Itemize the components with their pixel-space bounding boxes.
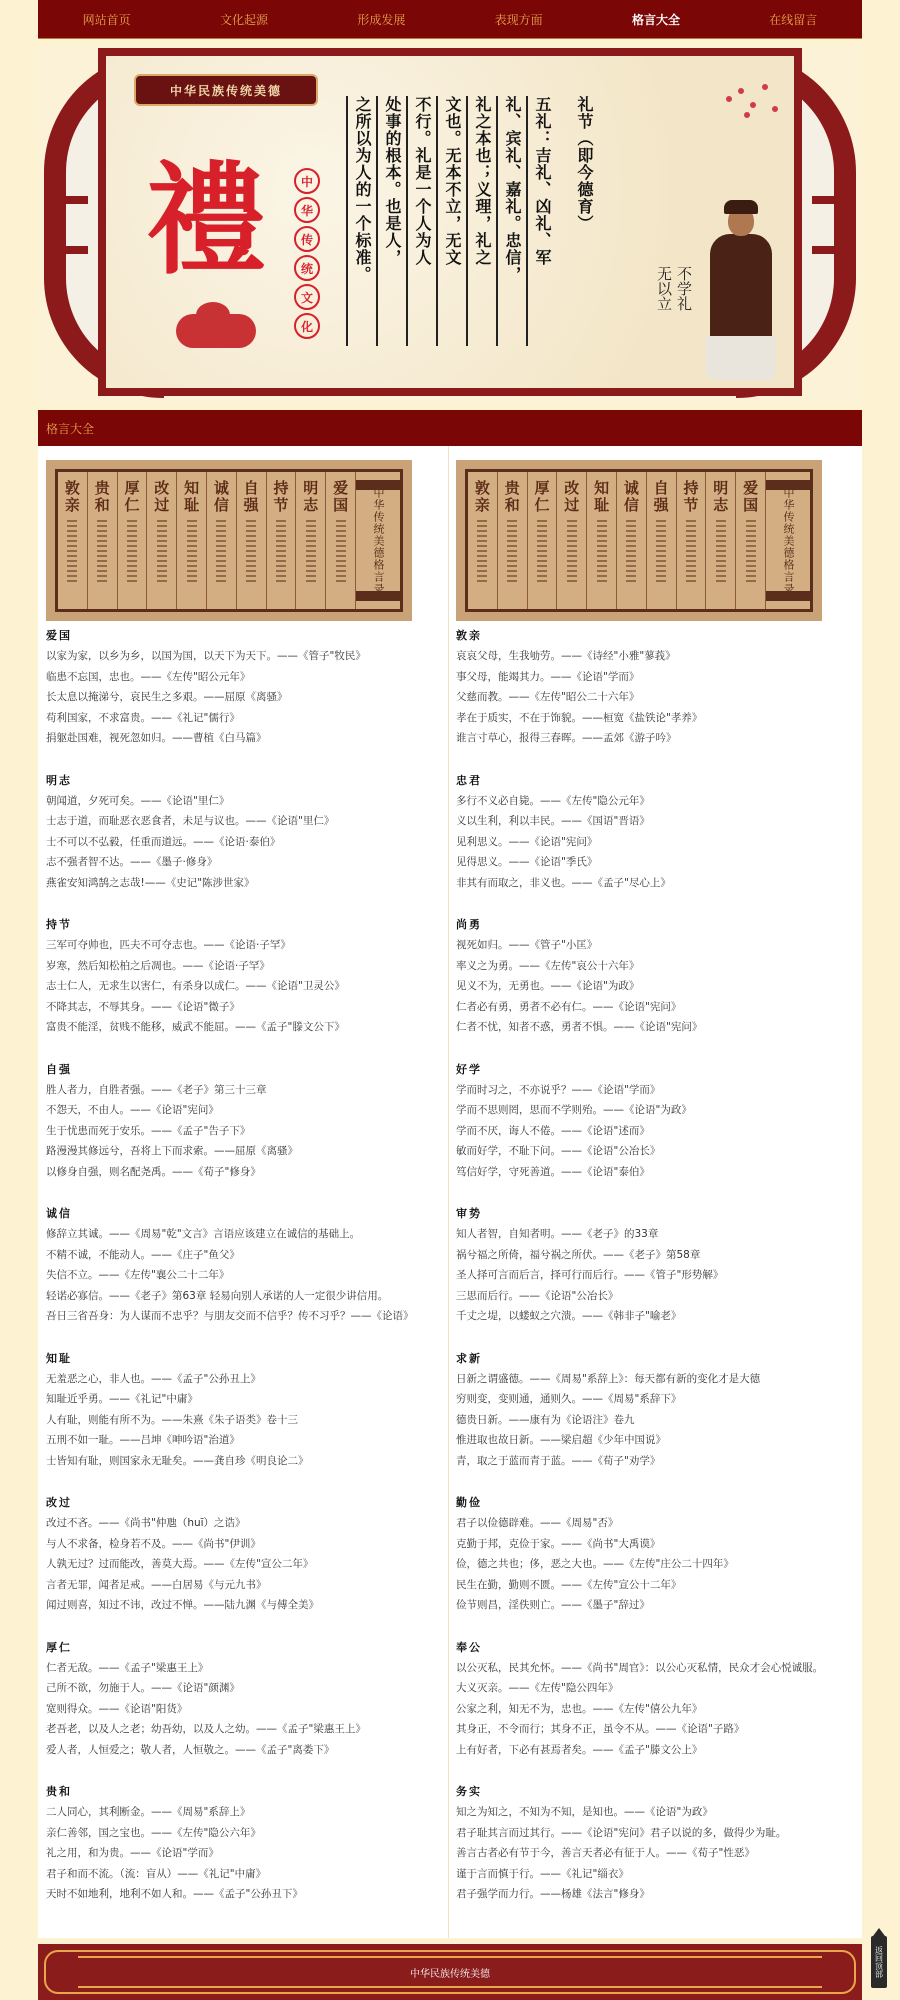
poster-scroll-title: 中华传统美德格言录 bbox=[370, 487, 386, 595]
maxim-quote: 天时不如地利，地利不如人和。——《孟子"公孙丑下》 bbox=[46, 1884, 303, 1905]
maxim-quote: 以公灭私，民其允怀。——《尚书"周官》：以公心灭私情，民众才会心悦诚服。 bbox=[456, 1658, 823, 1679]
vertical-line: 礼、宾礼、嘉礼。忠信， bbox=[496, 96, 526, 346]
maxim-quote: 孝在于质实，不在于饰貌。——桓宽《盐铁论"孝养》 bbox=[456, 708, 702, 729]
maxim-quote: 谁言寸草心，报得三春晖。——孟郊《游子吟》 bbox=[456, 728, 702, 749]
poster-cell-title: 持节 bbox=[680, 480, 701, 514]
maxim-quote: 德贵日新。——康有为《论语注》卷九 bbox=[456, 1410, 760, 1431]
maxim-quote: 克勤于邦，克俭于家。——《尚书"大禹谟》 bbox=[456, 1534, 734, 1555]
maxim-quote: 见义不为，无勇也。——《论语"为政》 bbox=[456, 976, 702, 997]
vertical-title: 礼节（即今德育） bbox=[570, 96, 598, 346]
poster-cell-title: 知耻 bbox=[181, 480, 202, 514]
vertical-line: 处事的根本。也是人， bbox=[376, 96, 406, 346]
seal-char: 文 bbox=[294, 284, 320, 310]
maxim-quote: 知之为知之，不知为不知，是知也。——《论语"为政》 bbox=[456, 1802, 786, 1823]
maxim-group-title: 尚勇 bbox=[456, 915, 702, 935]
maxim-quote: 生于忧患而死于安乐。——《孟子"告子下》 bbox=[46, 1121, 298, 1142]
fret-ornament bbox=[812, 196, 842, 204]
maxim-group: 敦亲哀哀父母，生我劬劳。——《诗经"小雅"蓼莪》事父母，能竭其力。——《论语"学… bbox=[456, 626, 702, 749]
maxim-quote: 三思而后行。——《论语"公冶长》 bbox=[456, 1286, 723, 1307]
maxim-quote: 率义之为勇。——《左传"哀公十六年》 bbox=[456, 956, 702, 977]
maxim-quote: 吾日三省吾身：为人谋而不忠乎？与朋友交而不信乎？传不习乎？——《论语》 bbox=[46, 1306, 414, 1327]
maxim-quote: 人有耻，则能有所不为。——朱熹《朱子语类》卷十三 bbox=[46, 1410, 309, 1431]
maxims-content: 敦亲 贵和 厚仁 改过 知耻 诚信 自强 持节 明志 爱国 中华传统美德格言录 … bbox=[38, 446, 862, 1938]
maxim-quote: 青，取之于蓝而青于蓝。——《荀子"劝学》 bbox=[456, 1451, 760, 1472]
maxim-quote: 民生在勤，勤则不匮。——《左传"宣公十二年》 bbox=[456, 1575, 734, 1596]
maxim-quote: 修辞立其诚。——《周易"乾"文言》言语应该建立在诚信的基础上。 bbox=[46, 1224, 414, 1245]
maxim-quote: 俭，德之共也；侈，恶之大也。——《左传"庄公二十四年》 bbox=[456, 1554, 734, 1575]
maxim-quote: 长太息以掩涕兮，哀民生之多艰。——屈原《离骚》 bbox=[46, 687, 366, 708]
poster-cell-title: 明志 bbox=[710, 480, 731, 514]
maxim-group-title: 敦亲 bbox=[456, 626, 702, 646]
maxim-quote: 士不可以不弘毅，任重而道远。——《论语·泰伯》 bbox=[46, 832, 334, 853]
hero-banner: 中华民族传统美德 禮 中 华 传 统 文 化 礼节（即今德育） 五礼：吉礼、凶礼… bbox=[38, 46, 862, 404]
maxim-quote: 知人者智，自知者明。——《老子》的33章 bbox=[456, 1224, 723, 1245]
maxim-quote: 以修身自强，则名配尧禹。——《荀子"修身》 bbox=[46, 1162, 298, 1183]
maxim-group: 忠君多行不义必自毙。——《左传"隐公元年》义以生利，利以丰民。——《国语"晋语》… bbox=[456, 771, 671, 894]
maxim-quote: 仁者无敌。——《孟子"梁惠王上》 bbox=[46, 1658, 366, 1679]
vertical-text-block: 礼节（即今德育） 五礼：吉礼、凶礼、军 礼、宾礼、嘉礼。忠信， 礼之本也；义理，… bbox=[346, 96, 598, 346]
maxim-quote: 路漫漫其修远兮，吾将上下而求索。——屈原《离骚》 bbox=[46, 1141, 298, 1162]
nav-item-message[interactable]: 在线留言 bbox=[725, 11, 862, 28]
maxim-quote: 不降其志，不辱其身。——《论语"微子》 bbox=[46, 997, 345, 1018]
maxim-quote: 宽则得众。——《论语"阳货》 bbox=[46, 1699, 366, 1720]
maxim-quote: 老吾老，以及人之老；幼吾幼，以及人之幼。——《孟子"梁惠王上》 bbox=[46, 1719, 366, 1740]
maxim-group-title: 改过 bbox=[46, 1493, 319, 1513]
maxim-group: 奉公以公灭私，民其允怀。——《尚书"周官》：以公心灭私情，民众才会心悦诚服。大义… bbox=[456, 1638, 823, 1761]
maxim-quote: 二人同心，其利断金。——《周易"系辞上》 bbox=[46, 1802, 303, 1823]
vertical-line: 之所以为人的一个标准。 bbox=[346, 96, 376, 346]
vertical-line: 五礼：吉礼、凶礼、军 bbox=[526, 96, 556, 346]
nav-item-manifestation[interactable]: 表现方面 bbox=[450, 11, 587, 28]
vertical-line: 文也。无本不立，无文 bbox=[436, 96, 466, 346]
maxim-group-title: 贵和 bbox=[46, 1782, 303, 1802]
poster-cell-title: 敦亲 bbox=[62, 480, 83, 514]
seal-char: 华 bbox=[294, 197, 320, 223]
maxim-quote: 视死如归。——《管子"小匡》 bbox=[456, 935, 702, 956]
maxim-quote: 轻诺必寡信。——《老子》第63章 轻易向别人承诺的人一定很少讲信用。 bbox=[46, 1286, 414, 1307]
maxim-quote: 善言古者必有节于今，善言天者必有征于人。——《荀子"性恶》 bbox=[456, 1843, 786, 1864]
section-header: 格言大全 bbox=[38, 410, 862, 446]
maxim-quote: 胜人者力，自胜者强。——《老子》第三十三章 bbox=[46, 1080, 298, 1101]
maxim-quote: 义以生利，利以丰民。——《国语"晋语》 bbox=[456, 811, 671, 832]
maxim-group-title: 明志 bbox=[46, 771, 334, 791]
maxim-quote: 学而时习之，不亦说乎？——《论语"学而》 bbox=[456, 1080, 692, 1101]
maxim-quote: 大义灭亲。——《左传"隐公四年》 bbox=[456, 1678, 823, 1699]
maxim-quote: 多行不义必自毙。——《左传"隐公元年》 bbox=[456, 791, 671, 812]
maxim-quote: 其身正，不令而行；其身不正，虽令不从。——《论语"子路》 bbox=[456, 1719, 823, 1740]
maxim-group-title: 自强 bbox=[46, 1060, 298, 1080]
fret-ornament bbox=[58, 196, 88, 204]
maxim-group: 务实知之为知之，不知为不知，是知也。——《论语"为政》君子耻其言而过其行。——《… bbox=[456, 1782, 786, 1905]
maxim-quote: 闻过则喜，知过不讳，改过不惮。——陆九渊《与傅全美》 bbox=[46, 1595, 319, 1616]
nav-item-origin[interactable]: 文化起源 bbox=[175, 11, 312, 28]
maxim-group: 勤俭君子以俭德辟难。——《周易"否》克勤于邦，克俭于家。——《尚书"大禹谟》俭，… bbox=[456, 1493, 734, 1616]
li-character: 禮 bbox=[136, 151, 276, 291]
maxim-group-title: 持节 bbox=[46, 915, 345, 935]
maxim-quote: 无羞恶之心，非人也。——《孟子"公孙丑上》 bbox=[46, 1369, 309, 1390]
maxim-quote: 志不强者智不达。——《墨子·修身》 bbox=[46, 852, 334, 873]
poster-cell-title: 持节 bbox=[270, 480, 291, 514]
maxim-quote: 朝闻道，夕死可矣。——《论语"里仁》 bbox=[46, 791, 334, 812]
seal-char: 中 bbox=[294, 168, 320, 194]
poster-cell-title: 改过 bbox=[151, 480, 172, 514]
maxim-quote: 哀哀父母，生我劬劳。——《诗经"小雅"蓼莪》 bbox=[456, 646, 702, 667]
seal-char: 统 bbox=[294, 255, 320, 281]
maxim-group: 好学学而时习之，不亦说乎？——《论语"学而》学而不思则罔，思而不学则殆。——《论… bbox=[456, 1060, 692, 1183]
maxim-quote: 笃信好学，守死善道。——《论语"泰伯》 bbox=[456, 1162, 692, 1183]
banner-plaque: 中华民族传统美德 bbox=[134, 74, 318, 106]
maxim-group-title: 务实 bbox=[456, 1782, 786, 1802]
maxim-quote: 士志于道，而耻恶衣恶食者，未足与议也。——《论语"里仁》 bbox=[46, 811, 334, 832]
maxim-quote: 君子耻其言而过其行。——《论语"宪问》君子以说的多，做得少为耻。 bbox=[456, 1823, 786, 1844]
maxim-quote: 学而不思则罔，思而不学则殆。——《论语"为政》 bbox=[456, 1100, 692, 1121]
maxim-quote: 君子强学而力行。——杨雄《法言"修身》 bbox=[456, 1884, 786, 1905]
maxim-quote: 惟进取也故日新。——梁启超《少年中国说》 bbox=[456, 1430, 760, 1451]
poster-cell-title: 自强 bbox=[241, 480, 262, 514]
maxim-quote: 士皆知有耻，则国家永无耻矣。——龚自珍《明良论二》 bbox=[46, 1451, 309, 1472]
poster-scroll-title: 中华传统美德格言录 bbox=[780, 487, 796, 595]
maxim-group: 自强胜人者力，自胜者强。——《老子》第三十三章不怨天，不由人。——《论语"宪问》… bbox=[46, 1060, 298, 1183]
maxim-group: 明志朝闻道，夕死可矣。——《论语"里仁》士志于道，而耻恶衣恶食者，未足与议也。—… bbox=[46, 771, 334, 894]
maxim-quote: 仁者必有勇，勇者不必有仁。——《论语"宪问》 bbox=[456, 997, 702, 1018]
poster-cell-title: 改过 bbox=[561, 480, 582, 514]
maxim-quote: 失信不立。——《左传"襄公二十二年》 bbox=[46, 1265, 414, 1286]
maxim-group-title: 忠君 bbox=[456, 771, 671, 791]
maxim-quote: 日新之谓盛德。——《周易"系辞上》：每天都有新的变化才是大德 bbox=[456, 1369, 760, 1390]
maxim-quote: 五刑不如一耻。——吕坤《呻吟语"治道》 bbox=[46, 1430, 309, 1451]
maxim-group: 求新日新之谓盛德。——《周易"系辞上》：每天都有新的变化才是大德穷则变，变则通，… bbox=[456, 1349, 760, 1472]
maxim-group: 改过改过不吝。——《尚书"仲虺（huī）之诰》与人不求备，检身若不及。——《尚书… bbox=[46, 1493, 319, 1616]
maxim-quote: 燕雀安知鸿鹄之志哉!——《史记"陈涉世家》 bbox=[46, 873, 334, 894]
maxim-quote: 临患不忘国，忠也。——《左传"昭公元年》 bbox=[46, 667, 366, 688]
maxim-group: 尚勇视死如归。——《管子"小匡》率义之为勇。——《左传"哀公十六年》见义不为，无… bbox=[456, 915, 702, 1038]
poster-cell-title: 爱国 bbox=[740, 480, 761, 514]
nav-item-development[interactable]: 形成发展 bbox=[313, 11, 450, 28]
seal-column: 中 华 传 统 文 化 bbox=[294, 168, 320, 339]
maxim-quote: 苟利国家，不求富贵。——《礼记"儒行》 bbox=[46, 708, 366, 729]
maxim-group-title: 知耻 bbox=[46, 1349, 309, 1369]
nav-item-home[interactable]: 网站首页 bbox=[38, 11, 175, 28]
maxim-quote: 三军可夺帅也，匹夫不可夺志也。——《论语·子罕》 bbox=[46, 935, 345, 956]
maxim-quote: 爱人者，人恒爱之；敬人者，人恒敬之。——《孟子"离娄下》 bbox=[46, 1740, 366, 1761]
maxim-quote: 事父母，能竭其力。——《论语"学而》 bbox=[456, 667, 702, 688]
maxim-quote: 富贵不能淫，贫贱不能移，威武不能屈。——《孟子"滕文公下》 bbox=[46, 1017, 345, 1038]
maxim-group: 贵和二人同心，其利断金。——《周易"系辞上》亲仁善邻，国之宝也。——《左传"隐公… bbox=[46, 1782, 303, 1905]
maxim-group-title: 爱国 bbox=[46, 626, 366, 646]
right-column: 敦亲 贵和 厚仁 改过 知耻 诚信 自强 持节 明志 爱国 中华传统美德格言录 bbox=[456, 446, 856, 621]
maxim-quote: 学而不厌，诲人不倦。——《论语"述而》 bbox=[456, 1121, 692, 1142]
maxim-quote: 君子和而不流。（流：盲从）——《礼记"中庸》 bbox=[46, 1864, 303, 1885]
maxim-quote: 见利思义。——《论语"宪问》 bbox=[456, 832, 671, 853]
poster-cell-title: 知耻 bbox=[591, 480, 612, 514]
maxims-poster-right: 敦亲 贵和 厚仁 改过 知耻 诚信 自强 持节 明志 爱国 中华传统美德格言录 bbox=[456, 460, 822, 621]
maxim-quote: 敏而好学，不耻下问。——《论语"公冶长》 bbox=[456, 1141, 692, 1162]
calligraphy-line: 无以立 bbox=[655, 266, 673, 311]
maxim-quote: 圣人择可言而后言，择可行而后行。——《管子"形势解》 bbox=[456, 1265, 723, 1286]
footer: 中华民族传统美德 bbox=[38, 1944, 862, 2000]
column-divider bbox=[448, 446, 449, 1938]
maxim-group: 诚信修辞立其诚。——《周易"乾"文言》言语应该建立在诚信的基础上。不精不诚，不能… bbox=[46, 1204, 414, 1327]
maxim-quote: 非其有而取之，非义也。——《孟子"尽心上》 bbox=[456, 873, 671, 894]
maxim-quote: 知耻近乎勇。——《礼记"中庸》 bbox=[46, 1389, 309, 1410]
maxim-quote: 礼之用，和为贵。——《论语"学而》 bbox=[46, 1843, 303, 1864]
maxim-quote: 公家之利，知无不为，忠也。——《左传"僖公九年》 bbox=[456, 1699, 823, 1720]
seal-char: 化 bbox=[294, 313, 320, 339]
maxim-quote: 穷则变，变则通，通则久。——《周易"系辞下》 bbox=[456, 1389, 760, 1410]
maxim-group: 厚仁仁者无敌。——《孟子"梁惠王上》己所不欲，勿施于人。——《论语"颜渊》宽则得… bbox=[46, 1638, 366, 1761]
maxim-group: 知耻无羞恶之心，非人也。——《孟子"公孙丑上》知耻近乎勇。——《礼记"中庸》人有… bbox=[46, 1349, 309, 1472]
maxims-poster-left: 敦亲 贵和 厚仁 改过 知耻 诚信 自强 持节 明志 爱国 中华传统美德格言录 bbox=[46, 460, 412, 621]
maxim-quote: 见得思义。——《论语"季氏》 bbox=[456, 852, 671, 873]
top-nav: 网站首页 文化起源 形成发展 表现方面 格言大全 在线留言 bbox=[38, 0, 862, 38]
maxim-quote: 父慈而教。——《左传"昭公二十六年》 bbox=[456, 687, 702, 708]
poster-cell-title: 爱国 bbox=[330, 480, 351, 514]
maxim-quote: 俭节则昌，淫佚则亡。——《墨子"辞过》 bbox=[456, 1595, 734, 1616]
fret-ornament bbox=[812, 246, 842, 254]
vertical-line: 不行。礼是一个人为人 bbox=[406, 96, 436, 346]
maxim-group-title: 奉公 bbox=[456, 1638, 823, 1658]
poster-cell-title: 贵和 bbox=[502, 480, 523, 514]
maxim-quote: 不精不诚，不能动人。——《庄子"鱼父》 bbox=[46, 1245, 414, 1266]
cloud-icon bbox=[176, 314, 256, 348]
poster-cell-title: 厚仁 bbox=[531, 480, 552, 514]
maxim-quote: 改过不吝。——《尚书"仲虺（huī）之诰》 bbox=[46, 1513, 319, 1534]
vertical-line: 礼之本也；义理，礼之 bbox=[466, 96, 496, 346]
back-to-top-button[interactable]: 返回顶部 bbox=[871, 1936, 887, 1988]
left-column: 敦亲 贵和 厚仁 改过 知耻 诚信 自强 持节 明志 爱国 中华传统美德格言录 bbox=[46, 446, 446, 621]
maxim-quote: 言者无罪，闻者足戒。——白居易《与元九书》 bbox=[46, 1575, 319, 1596]
maxim-quote: 捐躯赴国难，视死忽如归。——曹植《白马篇》 bbox=[46, 728, 366, 749]
maxim-group-title: 好学 bbox=[456, 1060, 692, 1080]
poster-cell-title: 敦亲 bbox=[472, 480, 493, 514]
poster-cell-title: 贵和 bbox=[92, 480, 113, 514]
maxim-quote: 不怨天，不由人。——《论语"宪问》 bbox=[46, 1100, 298, 1121]
maxim-group: 爱国以家为家，以乡为乡，以国为国，以天下为天下。——《管子"牧民》临患不忘国，忠… bbox=[46, 626, 366, 749]
maxim-group-title: 求新 bbox=[456, 1349, 760, 1369]
footer-text: 中华民族传统美德 bbox=[38, 1944, 862, 2000]
plum-blossom-icon bbox=[716, 76, 786, 126]
maxim-quote: 君子以俭德辟难。——《周易"否》 bbox=[456, 1513, 734, 1534]
nav-item-maxims[interactable]: 格言大全 bbox=[587, 11, 724, 28]
poster-cell-title: 自强 bbox=[651, 480, 672, 514]
seal-char: 传 bbox=[294, 226, 320, 252]
maxim-quote: 千丈之堤，以蝼蚁之穴溃。——《韩非子"喻老》 bbox=[456, 1306, 723, 1327]
maxim-quote: 祸兮福之所倚，福兮祸之所伏。——《老子》第58章 bbox=[456, 1245, 723, 1266]
maxim-group-title: 审势 bbox=[456, 1204, 723, 1224]
maxim-group-title: 勤俭 bbox=[456, 1493, 734, 1513]
calligraphy: 不学礼 无以立 bbox=[654, 266, 694, 346]
maxim-group: 持节三军可夺帅也，匹夫不可夺志也。——《论语·子罕》岁寒，然后知松柏之后凋也。—… bbox=[46, 915, 345, 1038]
calligraphy-line: 不学礼 bbox=[675, 266, 693, 311]
maxim-quote: 与人不求备，检身若不及。——《尚书"伊训》 bbox=[46, 1534, 319, 1555]
maxim-quote: 己所不欲，勿施于人。——《论语"颜渊》 bbox=[46, 1678, 366, 1699]
maxim-quote: 上有好者，下必有甚焉者矣。——《孟子"滕文公上》 bbox=[456, 1740, 823, 1761]
maxim-quote: 谨于言而慎于行。——《礼记"缁衣》 bbox=[456, 1864, 786, 1885]
maxim-quote: 以家为家，以乡为乡，以国为国，以天下为天下。——《管子"牧民》 bbox=[46, 646, 366, 667]
maxim-quote: 志士仁人，无求生以害仁，有杀身以成仁。——《论语"卫灵公》 bbox=[46, 976, 345, 997]
maxim-quote: 人孰无过？过而能改，善莫大焉。——《左传"宣公二年》 bbox=[46, 1554, 319, 1575]
poster-cell-title: 明志 bbox=[300, 480, 321, 514]
maxim-group-title: 诚信 bbox=[46, 1204, 414, 1224]
poster-cell-title: 诚信 bbox=[621, 480, 642, 514]
banner-panel: 中华民族传统美德 禮 中 华 传 统 文 化 礼节（即今德育） 五礼：吉礼、凶礼… bbox=[98, 48, 802, 396]
poster-cell-title: 厚仁 bbox=[121, 480, 142, 514]
maxim-group-title: 厚仁 bbox=[46, 1638, 366, 1658]
confucius-figure bbox=[706, 206, 776, 396]
maxim-quote: 仁者不忧，知者不惑，勇者不惧。——《论语"宪问》 bbox=[456, 1017, 702, 1038]
maxim-group: 审势知人者智，自知者明。——《老子》的33章祸兮福之所倚，福兮祸之所伏。——《老… bbox=[456, 1204, 723, 1327]
maxim-quote: 亲仁善邻，国之宝也。——《左传"隐公六年》 bbox=[46, 1823, 303, 1844]
fret-ornament bbox=[58, 246, 88, 254]
poster-cell-title: 诚信 bbox=[211, 480, 232, 514]
maxim-quote: 岁寒，然后知松柏之后凋也。——《论语·子罕》 bbox=[46, 956, 345, 977]
